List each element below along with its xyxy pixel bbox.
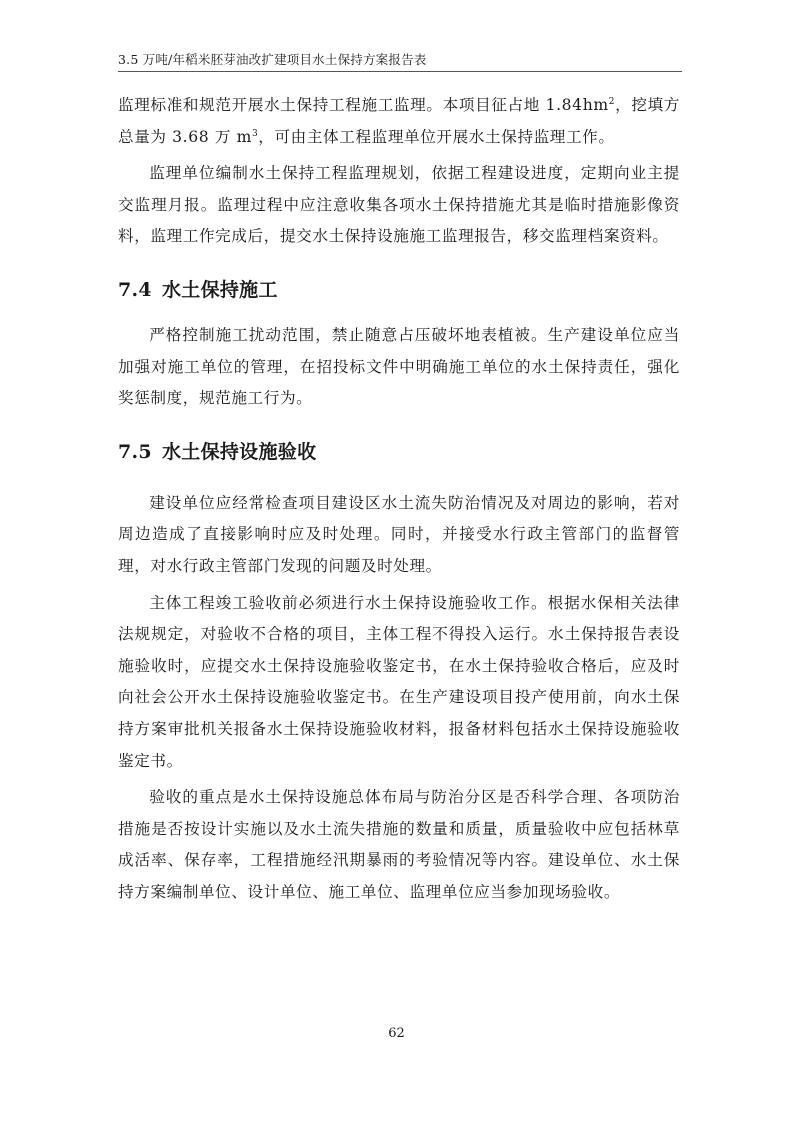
- paragraph-construction: 严格控制施工扰动范围，禁止随意占压破坏地表植被。生产建设单位应当加强对施工单位的…: [118, 320, 680, 415]
- page-content: 监理标准和规范开展水土保持工程施工监理。本项目征占地 1.84hm2，挖填方总量…: [118, 90, 680, 908]
- running-header-title: 3.5 万吨/年稻米胚芽油改扩建项目水土保持方案报告表: [118, 52, 426, 67]
- paragraph-acceptance-requirement: 主体工程竣工验收前必须进行水土保持设施验收工作。根据水保相关法律法规规定，对验收…: [118, 588, 680, 778]
- paragraph-supervision-scope: 监理标准和规范开展水土保持工程施工监理。本项目征占地 1.84hm2，挖填方总量…: [118, 90, 680, 153]
- page-number: 62: [0, 1026, 793, 1041]
- section-number: 7.4: [118, 279, 152, 301]
- section-title: 水土保持施工: [162, 279, 278, 301]
- paragraph-inspection: 建设单位应经常检查项目建设区水土流失防治情况及对周边的影响，若对周边造成了直接影…: [118, 488, 680, 583]
- section-number: 7.5: [118, 441, 152, 463]
- section-title: 水土保持设施验收: [162, 441, 316, 463]
- section-heading-7-5: 7.5水土保持设施验收: [118, 437, 680, 464]
- text-span: 监理标准和规范开展水土保持工程施工监理。本项目征占地 1.84hm: [118, 96, 609, 114]
- paragraph-supervision-plan: 监理单位编制水土保持工程监理规划，依据工程建设进度，定期向业主提交监理月报。监理…: [118, 158, 680, 253]
- paragraph-acceptance-focus: 验收的重点是水土保持设施总体布局与防治分区是否科学合理、各项防治措施是否按设计实…: [118, 782, 680, 908]
- section-heading-7-4: 7.4水土保持施工: [118, 275, 680, 302]
- text-span: ，可由主体工程监理单位开展水土保持监理工作。: [258, 128, 614, 146]
- running-header: 3.5 万吨/年稻米胚芽油改扩建项目水土保持方案报告表: [118, 52, 682, 72]
